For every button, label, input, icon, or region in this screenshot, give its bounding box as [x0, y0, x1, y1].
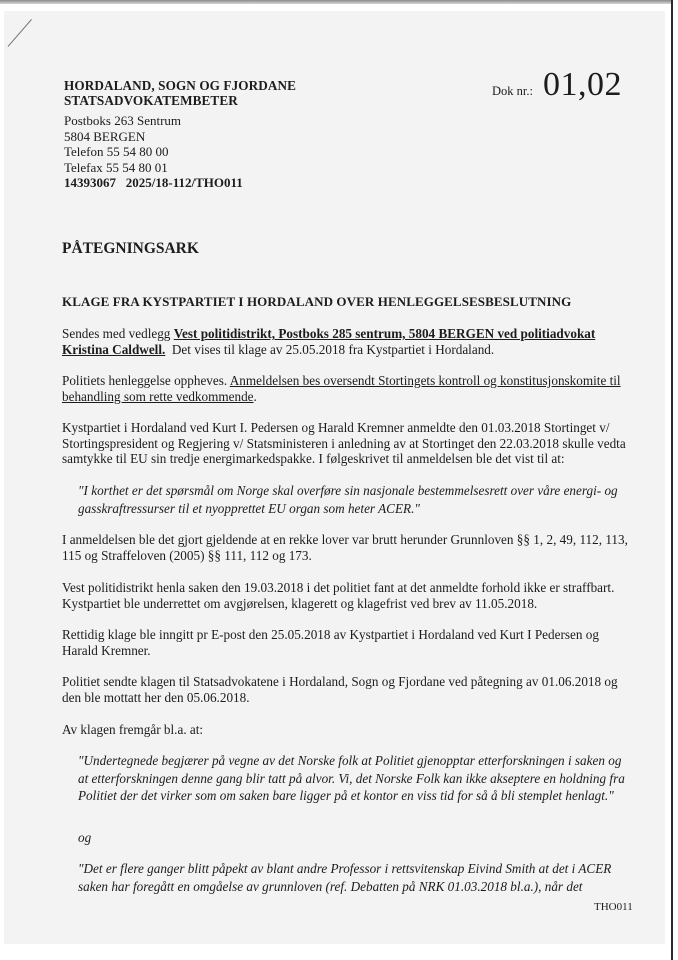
text: Politiets henleggelse oppheves.: [62, 373, 230, 388]
paragraph-appeal: Rettidig klage ble inngitt pr E-post den…: [62, 627, 632, 658]
quote-2: "Undertegnede begjærer på vegne av det N…: [78, 752, 634, 805]
text: Det vises til klage av 25.05.2018 fra Ky…: [165, 342, 494, 357]
paragraph-appeal-intro: Av klagen fremgår bl.a. at:: [62, 722, 632, 738]
letterhead-organization: HORDALAND, SOGN OG FJORDANE STATSADVOKAT…: [64, 78, 296, 108]
address-line: 5804 BERGEN: [64, 129, 243, 145]
address-line: Telefon 55 54 80 00: [64, 144, 243, 160]
paragraph-decision: Politiets henleggelse oppheves. Anmeldel…: [62, 373, 632, 404]
paragraph-dismissal: Vest politidistrikt henla saken den 19.0…: [62, 580, 632, 611]
quote-3: "Det er flere ganger blitt påpekt av bla…: [78, 860, 634, 895]
org-line-1: HORDALAND, SOGN OG FJORDANE: [64, 78, 296, 93]
paragraph-forwarded: Politiet sendte klagen til Statsadvokate…: [62, 674, 632, 705]
document-number: Dok nr.: 01,02: [492, 66, 622, 104]
text: Sendes med vedlegg: [62, 326, 174, 341]
text: .: [254, 389, 257, 404]
paragraph-laws: I anmeldelsen ble det gjort gjeldende at…: [62, 532, 632, 563]
org-line-2: STATSADVOKATEMBETER: [64, 93, 296, 108]
letterhead-address: Postboks 263 Sentrum 5804 BERGEN Telefon…: [64, 113, 243, 191]
page-title: PÅTEGNINGSARK: [62, 240, 199, 258]
document-number-label: Dok nr.:: [492, 84, 533, 99]
paragraph-report: Kystpartiet i Hordaland ved Kurt I. Pede…: [62, 420, 632, 467]
document-number-value: 01,02: [543, 66, 622, 104]
subject-heading: KLAGE FRA KYSTPARTIET I HORDALAND OVER H…: [62, 294, 571, 310]
scan-margin: [673, 0, 678, 960]
scan-top-edge: [0, 0, 678, 4]
quote-connector: og: [78, 829, 634, 847]
paragraph-forwarding: Sendes med vedlegg Vest politidistrikt, …: [62, 326, 632, 357]
quote-1: "I korthet er det spørsmål om Norge skal…: [78, 482, 634, 517]
address-line: Postboks 263 Sentrum: [64, 113, 243, 129]
case-reference: 14393067 2025/18-112/THO011: [64, 175, 243, 191]
address-line: Telefax 55 54 80 01: [64, 160, 243, 176]
page-footer-initials: THO011: [594, 901, 633, 913]
